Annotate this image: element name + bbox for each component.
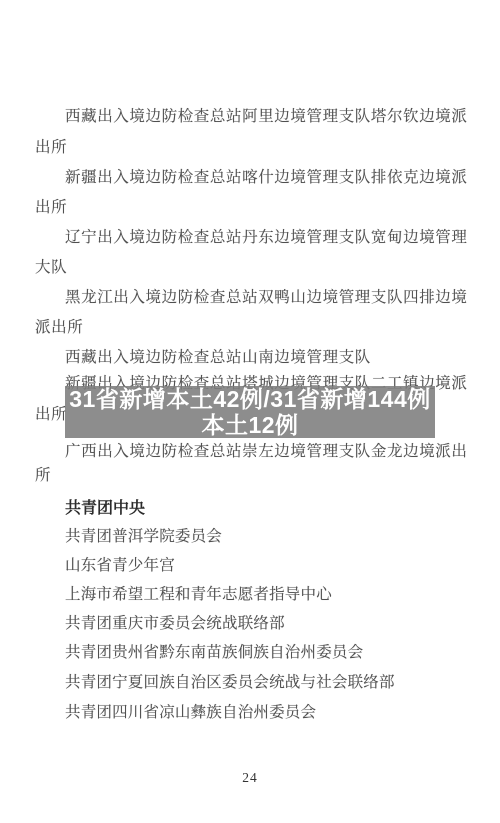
list-item: 共青团贵州省黔东南苗族侗族自治州委员会	[65, 640, 363, 662]
doc-line: 出所	[35, 139, 67, 157]
banner-headline-line2: 本土12例	[201, 412, 298, 438]
document-page: 西藏出入境边防检查总站阿里边境管理支队塔尔钦边境派 出所 新疆出入境边防检查总站…	[0, 0, 500, 823]
doc-line: 派出所	[35, 319, 83, 337]
doc-line: 西藏出入境边防检查总站阿里边境管理支队塔尔钦边境派	[65, 108, 468, 126]
list-item: 共青团宁夏回族自治区委员会统战与社会联络部	[65, 670, 395, 692]
doc-line: 新疆出入境边防检查总站喀什边境管理支队排依克边境派	[65, 169, 468, 187]
list-item: 山东省青少年宫	[65, 553, 175, 575]
doc-line: 出所	[35, 406, 67, 424]
doc-line: 辽宁出入境边防检查总站丹东边境管理支队宽甸边境管理	[65, 229, 468, 247]
list-item: 共青团重庆市委员会统战联络部	[65, 611, 285, 633]
list-item: 上海市希望工程和青年志愿者指导中心	[65, 582, 332, 604]
banner-headline-line1: 31省新增本土42例/31省新增144例	[69, 386, 431, 412]
news-overlay-banner[interactable]: 31省新增本土42例/31省新增144例 本土12例	[65, 386, 435, 438]
doc-line: 西藏出入境边防检查总站山南边境管理支队	[65, 349, 371, 367]
doc-line: 大队	[35, 259, 67, 277]
doc-line: 广西出入境边防检查总站崇左边境管理支队金龙边境派出	[65, 443, 468, 461]
page-number: 24	[0, 770, 500, 786]
doc-line: 黑龙江出入境边防检查总站双鸭山边境管理支队四排边境	[65, 289, 468, 307]
list-item: 共青团四川省凉山彝族自治州委员会	[65, 700, 316, 722]
section-heading: 共青团中央	[65, 495, 145, 518]
doc-line: 所	[35, 467, 51, 485]
list-item: 共青团普洱学院委员会	[65, 524, 222, 546]
doc-line: 出所	[35, 199, 67, 217]
